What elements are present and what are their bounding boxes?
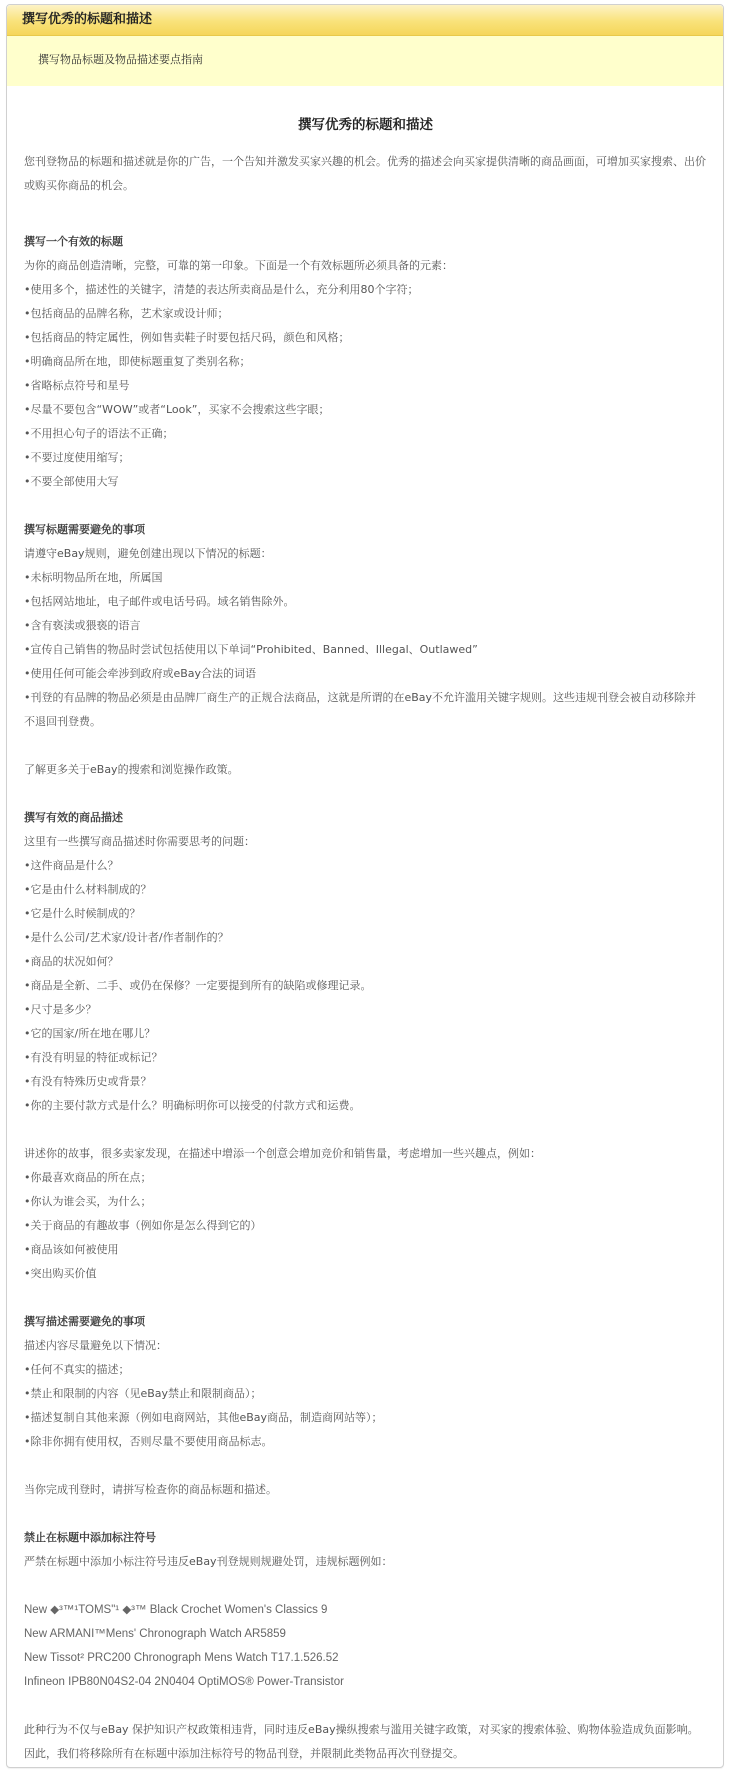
list-item: •包括商品的品牌名称，艺术家或设计师； [24,302,707,326]
section-effective-title: 撰写一个有效的标题 为你的商品创造清晰，完整，可靠的第一印象。下面是一个有效标题… [24,230,707,494]
spellcheck-note: 当你完成刊登时，请拼写检查你的商品标题和描述。 [24,1478,707,1502]
panel-subtitle: 撰写物品标题及物品描述要点指南 [7,36,723,86]
section-lead: 为你的商品创造清晰，完整，可靠的第一印象。下面是一个有效标题所必须具备的元素： [24,254,707,278]
list-item: •商品的状况如何？ [24,950,707,974]
list-item: •含有亵渎或猥亵的语言 [24,614,707,638]
section-effective-description: 撰写有效的商品描述 这里有一些撰写商品描述时你需要思考的问题： •这件商品是什么… [24,806,707,1286]
section-heading: 撰写描述需要避免的事项 [24,1310,707,1334]
section-lead: 严禁在标题中添加小标注符号违反eBay刊登规则规避处罚，违规标题例如： [24,1550,707,1574]
story-lead: 讲述你的故事，很多卖家发现，在描述中增添一个创意会增加竞价和销售量，考虑增加一些… [24,1142,707,1166]
list-item: •它是什么时候制成的？ [24,902,707,926]
section-heading: 禁止在标题中添加标注符号 [24,1526,707,1550]
list-item: •尺寸是多少？ [24,998,707,1022]
section-heading: 撰写有效的商品描述 [24,806,707,830]
list-item: •突出购买价值 [24,1262,707,1286]
example-title: New ◆³™¹TOMS"¹ ◆³™ Black Crochet Women's… [24,1598,707,1622]
article-title: 撰写优秀的标题和描述 [24,110,707,140]
list-item: •尽量不要包含“WOW”或者“Look”，买家不会搜索这些字眼； [24,398,707,422]
list-item: •宣传自己销售的物品时尝试包括使用以下单词“Prohibited、Banned、… [24,638,707,662]
list-item: •商品是全新、二手、或仍在保修？一定要提到所有的缺陷或修理记录。 [24,974,707,998]
list-item: •这件商品是什么？ [24,854,707,878]
list-item: •它是由什么材料制成的？ [24,878,707,902]
list-item: •不要过度使用缩写； [24,446,707,470]
section-lead: 描述内容尽量避免以下情况： [24,1334,707,1358]
list-item: •使用多个，描述性的关键字，清楚的表达所卖商品是什么，充分利用80个字符； [24,278,707,302]
list-item: •未标明物品所在地，所属国 [24,566,707,590]
policy-link-text: 了解更多关于eBay的搜索和浏览操作政策。 [24,758,707,782]
list-item: •不要全部使用大写 [24,470,707,494]
section-description-avoid: 撰写描述需要避免的事项 描述内容尽量避免以下情况： •任何不真实的描述； •禁止… [24,1310,707,1502]
example-title: New Tissot² PRC200 Chronograph Mens Watc… [24,1646,707,1670]
list-item: •任何不真实的描述； [24,1358,707,1382]
panel-title: 撰写优秀的标题和描述 [7,5,723,36]
section-lead: 请遵守eBay规则，避免创建出现以下情况的标题： [24,542,707,566]
list-item: •描述复制自其他来源（例如电商网站，其他eBay商品，制造商网站等）； [24,1406,707,1430]
list-item: •明确商品所在地，即使标题重复了类别名称； [24,350,707,374]
list-item: •有没有特殊历史或背景？ [24,1070,707,1094]
list-item: •有没有明显的特征或标记？ [24,1046,707,1070]
intro-paragraph: 您刊登物品的标题和描述就是你的广告，一个告知并激发买家兴趣的机会。优秀的描述会向… [24,150,707,198]
article-content: 撰写优秀的标题和描述 您刊登物品的标题和描述就是你的广告，一个告知并激发买家兴趣… [7,110,723,1766]
list-item: •关于商品的有趣故事（例如你是怎么得到它的） [24,1214,707,1238]
list-item: •刊登的有品牌的物品必须是由品牌厂商生产的正规合法商品，这就是所谓的在eBay不… [24,686,707,734]
example-title: Infineon IPB80N04S2-04 2N0404 OptiMOS® P… [24,1670,707,1694]
section-title-avoid: 撰写标题需要避免的事项 请遵守eBay规则，避免创建出现以下情况的标题： •未标… [24,518,707,782]
list-item: •包括网站地址，电子邮件或电话号码。域名销售除外。 [24,590,707,614]
list-item: •你的主要付款方式是什么？明确标明你可以接受的付款方式和运费。 [24,1094,707,1118]
section-heading: 撰写一个有效的标题 [24,230,707,254]
list-item: •除非你拥有使用权，否则尽量不要使用商品标志。 [24,1430,707,1454]
list-item: •商品该如何被使用 [24,1238,707,1262]
list-item: •省略标点符号和星号 [24,374,707,398]
example-title: New ARMANI™Mens' Chronograph Watch AR585… [24,1622,707,1646]
policy-consequence: 此种行为不仅与eBay 保护知识产权政策相违背，同时违反eBay操纵搜索与滥用关… [24,1718,707,1766]
list-item: •它的国家/所在地在哪儿？ [24,1022,707,1046]
list-item: •使用任何可能会牵涉到政府或eBay合法的词语 [24,662,707,686]
section-no-symbols: 禁止在标题中添加标注符号 严禁在标题中添加小标注符号违反eBay刊登规则规避处罚… [24,1526,707,1766]
list-item: •不用担心句子的语法不正确； [24,422,707,446]
section-lead: 这里有一些撰写商品描述时你需要思考的问题： [24,830,707,854]
list-item: •禁止和限制的内容（见eBay禁止和限制商品）； [24,1382,707,1406]
guide-panel: 撰写优秀的标题和描述 撰写物品标题及物品描述要点指南 撰写优秀的标题和描述 您刊… [6,4,724,1768]
list-item: •你最喜欢商品的所在点； [24,1166,707,1190]
list-item: •是什么公司/艺术家/设计者/作者制作的？ [24,926,707,950]
list-item: •包括商品的特定属性，例如售卖鞋子时要包括尺码，颜色和风格； [24,326,707,350]
list-item: •你认为谁会买，为什么； [24,1190,707,1214]
section-heading: 撰写标题需要避免的事项 [24,518,707,542]
